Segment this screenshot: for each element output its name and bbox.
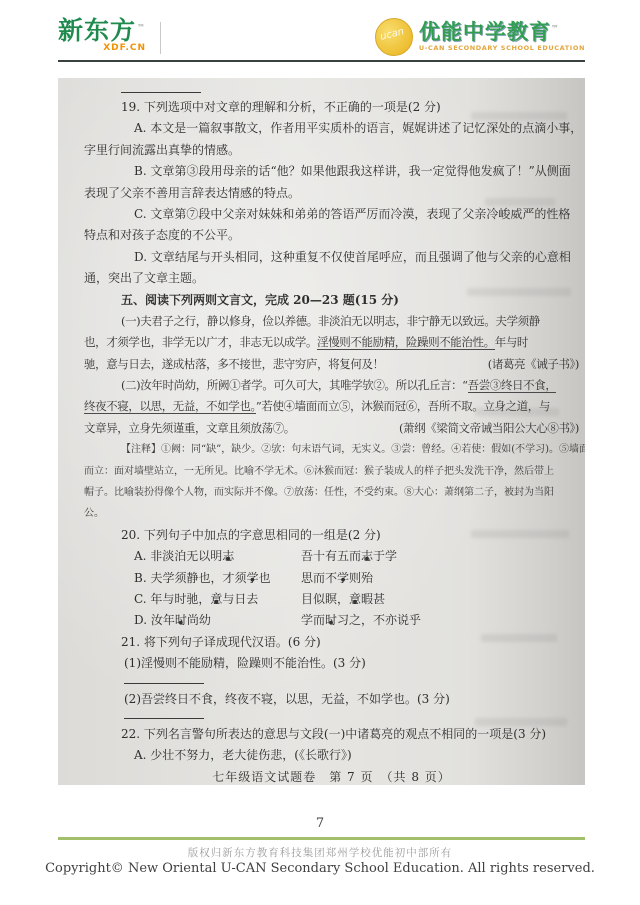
doc-text-segment: 帽子。比喻装扮得像个人物，而实际并不像。⑦放荡：任性，不受约束。⑧大心：萧纲第二… [84,487,554,498]
doc-line: A. 少壮不努力，老大徒伤悲，(《长歌行》) [84,745,579,766]
xdf-logo-text: 新东方 [58,16,136,45]
doc-text-segment: 驰，意与日去，遂成枯落，多不接世，悲守穷庐，将复何及！ [84,357,384,371]
doc-text-segment: 21. 将下列句子译成现代汉语。(6 分) [121,635,321,649]
doc-line-text: (1)淫慢则不能励精，险躁则不能治性。(3 分) [124,656,366,670]
doc-text-segment: D. 文章结尾与开头相同，这种重复不仅使首尾呼应，而且强调了他与父亲的心意相 [134,250,571,264]
doc-text-segment: 19. 下列选项中对文章的理解和分析，不正确的一项是(2 分) [121,100,441,114]
answer-blank-line [121,92,201,93]
bleedthrough-mark [475,718,567,726]
doc-text-segment: 与日去 [222,592,258,606]
doc-line-text: 通，突出了文章主题。 [84,271,204,285]
doc-line-text: D. 文章结尾与开头相同，这种重复不仅使首尾呼应，而且强调了他与父亲的心意相 [134,250,571,264]
doc-text-segment: 意 [210,592,222,606]
doc-text-segment: 尚幼 [187,613,211,627]
doc-line-text: B. 文章第③段用母亲的话“他？如果他跟我这样讲，我一定觉得他发疯了！”从侧面 [134,164,571,178]
doc-text-segment: 年与时 [495,335,528,349]
doc-text-segment: A. 少壮不努力，老大徒伤悲，(《长歌行》) [134,748,352,762]
doc-line: B. 夫学须静也，才须学也思而不学则殆 [84,568,579,589]
answer-blank-line [124,718,204,719]
doc-text-segment: C. 文章第⑦段中父亲对妹妹和弟弟的答语严厉而冷漠，表现了父亲冷峻威严的性格 [134,207,570,221]
option-right-column: 目似瞑，意暇甚 [301,592,385,606]
doc-line: 文章异，立身先须谨重，文章且须放荡⑦。(萧纲《梁简文帝诫当阳公大心⑧书》) [84,418,579,439]
xdf-logo-name: 新东方™ [58,18,146,43]
ucan-badge-icon [375,18,413,56]
doc-line: (2)吾尝终日不食，终夜不寝，以思，无益，不如学也。(3 分) [84,689,579,710]
doc-line-text: 也，才须学也，非学无以广才，非志无以成学。淫慢则不能励精，险躁则不能治性。年与时 [84,335,528,350]
doc-line: D. 汝年时尚幼学而时习之，不亦说乎 [84,610,579,631]
doc-text-segment: 文章异，立身先须谨重，文章且须放荡⑦。 [84,421,295,435]
doc-text-segment: 吾尝③终日不食， [468,378,557,393]
doc-text-segment: (二)汝年时尚幼，所阙①者学。可久可大，其唯学欤②。所以孔丘言：“ [121,378,468,392]
document-lines: 19. 下列选项中对文章的理解和分析，不正确的一项是(2 分)A. 本文是一篇叙… [84,83,579,785]
doc-line: B. 文章第③段用母亲的话“他？如果他跟我这样讲，我一定觉得他发疯了！”从侧面 [84,161,579,182]
doc-text-segment: 公。 [84,508,104,519]
doc-line: C. 年与时驰，意与日去目似瞑，意暇甚 [84,589,579,610]
doc-line-text: (二)汝年时尚幼，所阙①者学。可久可大，其唯学欤②。所以孔丘言：“吾尝③终日不食… [121,378,556,393]
doc-text-segment: 时 [175,613,187,627]
doc-line: (一)夫君子之行，静以修身，俭以养德。非淡泊无以明志，非宁静无以致远。夫学须静 [84,311,579,332]
xdf-logo: 新东方™ XDF.CN [58,18,146,53]
doc-text-segment: 五、阅读下列两则文言文，完成 20—23 题(15 分) [121,293,399,307]
doc-line-text: 20. 下列句子中加点的字意思相同的一组是(2 分) [121,528,381,542]
doc-text-segment: 志 [222,549,234,563]
bleedthrough-mark [471,112,567,120]
bleedthrough-mark [481,634,557,642]
doc-line: 也，才须学也，非学无以广才，非志无以成学。淫慢则不能励精，险躁则不能治性。年与时 [84,332,579,353]
doc-text-segment: 也，才须学也，非学无以广才，非志无以成学。 [84,335,317,349]
doc-text-segment: 学 [337,571,349,585]
doc-text-segment: B. 夫学须静也，才须 [134,571,246,585]
ucan-logo: 优能中学教育™ U-CAN SECONDARY SCHOOL EDUCATION [375,18,585,56]
option-left-column: D. 汝年时尚幼 [134,610,301,631]
header-rule [58,60,585,62]
doc-text-segment: A. 非淡泊无以明 [134,549,222,563]
doc-line: 七年级语文试题卷 第 7 页 （共 8 页） [84,767,579,785]
option-right-column: 思而不学则殆 [301,571,373,585]
doc-text-segment: 七年级语文试题卷 第 7 页 （共 8 页） [212,770,451,784]
doc-line: A. 非淡泊无以明志吾十有五而志于学 [84,546,579,567]
doc-text-segment: 于学 [373,549,397,563]
doc-text-segment: A. 本文是一篇叙事散文，作者用平实质朴的语言，娓娓讲述了记忆深处的点滴小事， [134,121,582,135]
doc-text-segment: 思而不 [301,571,337,585]
doc-line: D. 文章结尾与开头相同，这种重复不仅使首尾呼应，而且强调了他与父亲的心意相 [84,247,579,268]
doc-text-segment: 终夜不寝，以思，无益，不如学也。 [84,399,256,414]
doc-line-text: 七年级语文试题卷 第 7 页 （共 8 页） [212,770,451,784]
doc-line: A. 本文是一篇叙事散文，作者用平实质朴的语言，娓娓讲述了记忆深处的点滴小事， [84,118,579,139]
scanned-exam-page: 19. 下列选项中对文章的理解和分析，不正确的一项是(2 分)A. 本文是一篇叙… [58,78,585,785]
doc-text-segment: 学 [246,571,258,585]
doc-line: 驰，意与日去，遂成枯落，多不接世，悲守穷庐，将复何及！(诸葛亮《诫子书》) [84,354,579,375]
doc-text-segment: 淫慢则不能励精，险躁则不能治性。 [317,335,495,350]
doc-line-text: 文章异，立身先须谨重，文章且须放荡⑦。 [84,418,295,439]
answer-blank-row [84,675,579,689]
doc-line-text: A. 少壮不努力，老大徒伤悲，(《长歌行》) [134,748,352,762]
ucan-logo-text: 优能中学教育™ U-CAN SECONDARY SCHOOL EDUCATION [419,22,585,52]
doc-line-text: 21. 将下列句子译成现代汉语。(6 分) [121,635,321,649]
doc-text-segment: 20. 下列句子中加点的字意思相同的一组是(2 分) [121,528,381,542]
doc-line-text: 【注释】①阙：同“缺”，缺少。②欤：句末语气词，无实义。③尝：曾经。④若使：假如… [121,444,585,455]
doc-line: 而立：面对墙壁站立，一无所见。比喻不学无术。⑥沐猴而冠：猴子装成人的样子把头发洗… [84,461,579,482]
doc-line: 帽子。比喻装扮得像个人物，而实际并不像。⑦放荡：任性，不受约束。⑧大心：萧纲第二… [84,482,579,503]
ucan-logo-name: 优能中学教育™ [419,22,585,43]
doc-line-text: A. 本文是一篇叙事散文，作者用平实质朴的语言，娓娓讲述了记忆深处的点滴小事， [134,121,582,135]
doc-text-segment: 习之，不亦说乎 [337,613,421,627]
doc-text-segment: 则殆 [349,571,373,585]
passage-attribution: (诸葛亮《诫子书》) [488,354,579,375]
bleedthrough-mark [471,530,569,538]
option-right-column: 学而时习之，不亦说乎 [301,613,421,627]
doc-text-segment: (一)夫君子之行，静以修身，俭以养德。非淡泊无以明志，非宁静无以致远。夫学须静 [121,314,540,328]
doc-text-segment: (1)淫慢则不能励精，险躁则不能治性。(3 分) [124,656,366,670]
doc-text-segment: 志 [361,549,373,563]
copyright-english: Copyright© New Oriental U-CAN Secondary … [0,861,640,876]
doc-text-segment: D. 汝年 [134,613,175,627]
doc-text-segment: (2)吾尝终日不食，终夜不寝，以思，无益，不如学也。(3 分) [124,692,450,706]
doc-line-text: 字里行间流露出真挚的情感。 [84,143,240,157]
doc-text-segment: 意 [349,592,361,606]
option-right-column: 吾十有五而志于学 [301,549,397,563]
doc-line: C. 文章第⑦段中父亲对妹妹和弟弟的答语严厉而冷漠，表现了父亲冷峻威严的性格 [84,204,579,225]
doc-text-segment: B. 文章第③段用母亲的话“他？如果他跟我这样讲，我一定觉得他发疯了！”从侧面 [134,164,571,178]
answer-blank-row [84,83,579,97]
page-number: 7 [0,816,640,831]
doc-text-segment: 22. 下列名言警句所表达的意思与文段(一)中诸葛亮的观点不相同的一项是(3 分… [121,727,546,741]
trademark-symbol: ™ [551,24,560,33]
doc-line-text: 五、阅读下列两则文言文，完成 20—23 题(15 分) [121,293,399,307]
doc-line-text: (一)夫君子之行，静以修身，俭以养德。非淡泊无以明志，非宁静无以致远。夫学须静 [121,314,540,328]
doc-text-segment: 学而 [301,613,325,627]
ucan-name-text: 优能中学教育 [419,20,551,44]
doc-line: 字里行间流露出真挚的情感。 [84,140,579,161]
doc-line: 公。 [84,503,579,524]
doc-line-text: 驰，意与日去，遂成枯落，多不接世，悲守穷庐，将复何及！ [84,354,384,375]
passage-attribution: (萧纲《梁简文帝诫当阳公大心⑧书》) [399,418,579,439]
doc-line-text: 公。 [84,508,104,519]
doc-text-segment: 也 [258,571,270,585]
page: 新东方™ XDF.CN 优能中学教育™ U-CAN SECONDARY SCHO… [0,0,640,905]
doc-line-text: 表现了父亲不善用言辞表达情感的特点。 [84,186,300,200]
doc-line: 【注释】①阙：同“缺”，缺少。②欤：句末语气词，无实义。③尝：曾经。④若使：假如… [84,439,579,460]
copyright-chinese: 版权归新东方教育科技集团郑州学校优能初中部所有 [0,845,640,860]
trademark-symbol: ™ [137,23,146,32]
bleedthrough-mark [467,288,571,296]
logo-divider [160,22,161,54]
doc-text-segment: 目似瞑， [301,592,349,606]
doc-line-text: 而立：面对墙壁站立，一无所见。比喻不学无术。⑥沐猴而冠：猴子装成人的样子把头发洗… [84,466,554,477]
doc-text-segment: C. 年与时驰， [134,592,210,606]
doc-text-segment: 暇甚 [361,592,385,606]
ucan-logo-subtitle: U-CAN SECONDARY SCHOOL EDUCATION [419,45,585,52]
doc-text-segment: 【注释】①阙：同“缺”，缺少。②欤：句末语气词，无实义。③尝：曾经。④若使：假如… [121,444,585,455]
bleedthrough-mark [485,198,555,206]
doc-line-text: C. 文章第⑦段中父亲对妹妹和弟弟的答语严厉而冷漠，表现了父亲冷峻威严的性格 [134,207,570,221]
doc-line-text: 19. 下列选项中对文章的理解和分析，不正确的一项是(2 分) [121,100,441,114]
answer-blank-line [124,683,204,684]
xdf-domain-text: XDF.CN [58,44,146,53]
option-left-column: B. 夫学须静也，才须学也 [134,568,301,589]
doc-line-text: 特点和对孩子态度的不公平。 [84,228,240,242]
doc-text-segment: 特点和对孩子态度的不公平。 [84,228,240,242]
doc-line: (1)淫慢则不能励精，险躁则不能治性。(3 分) [84,653,579,674]
doc-text-segment: 时 [325,613,337,627]
bleedthrough-mark [475,408,559,416]
doc-text-segment: 表现了父亲不善用言辞表达情感的特点。 [84,186,300,200]
doc-line: 特点和对孩子态度的不公平。 [84,225,579,246]
doc-line-text: (2)吾尝终日不食，终夜不寝，以思，无益，不如学也。(3 分) [124,692,450,706]
doc-line: 22. 下列名言警句所表达的意思与文段(一)中诸葛亮的观点不相同的一项是(3 分… [84,724,579,745]
option-left-column: A. 非淡泊无以明志 [134,546,301,567]
doc-text-segment: 吾十有五而 [301,549,361,563]
doc-text-segment: 字里行间流露出真挚的情感。 [84,143,240,157]
doc-line: (二)汝年时尚幼，所阙①者学。可久可大，其唯学欤②。所以孔丘言：“吾尝③终日不食… [84,375,579,396]
brand-header: 新东方™ XDF.CN 优能中学教育™ U-CAN SECONDARY SCHO… [58,14,585,60]
doc-text-segment: 通，突出了文章主题。 [84,271,204,285]
option-left-column: C. 年与时驰，意与日去 [134,589,301,610]
doc-line: 通，突出了文章主题。 [84,268,579,289]
doc-line-text: 帽子。比喻装扮得像个人物，而实际并不像。⑦放荡：任性，不受约束。⑧大心：萧纲第二… [84,487,554,498]
doc-text-segment: 而立：面对墙壁站立，一无所见。比喻不学无术。⑥沐猴而冠：猴子装成人的样子把头发洗… [84,466,554,477]
doc-line-text: 22. 下列名言警句所表达的意思与文段(一)中诸葛亮的观点不相同的一项是(3 分… [121,727,546,741]
footer-rule [58,837,585,840]
